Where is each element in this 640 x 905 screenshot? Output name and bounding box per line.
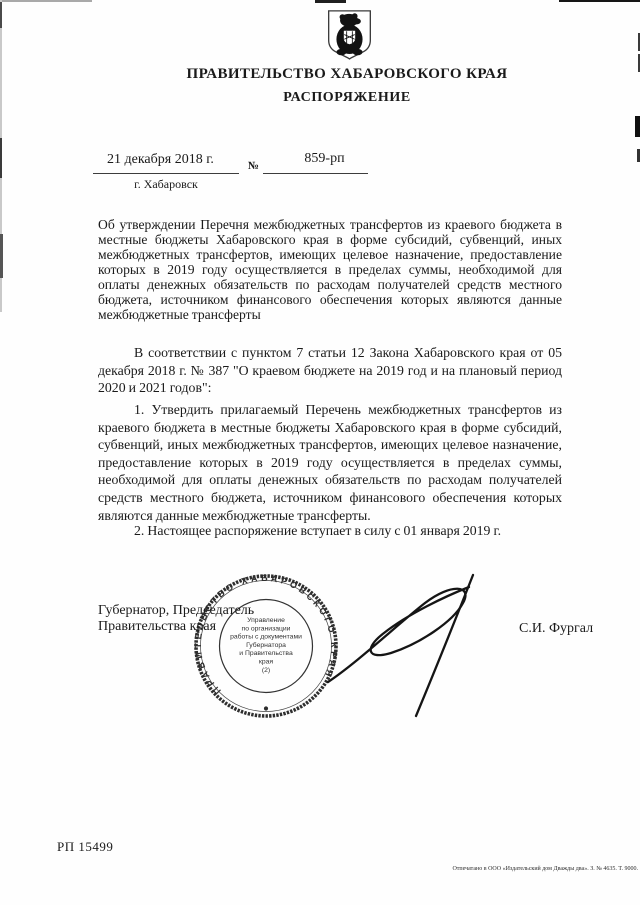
document-page: ПРАВИТЕЛЬСТВО ХАБАРОВСКОГО КРАЯ РАСПОРЯЖ… — [0, 0, 640, 905]
scan-artifact — [559, 0, 640, 2]
number-label: № — [248, 160, 259, 172]
registration-number: РП 15499 — [57, 839, 113, 855]
document-number: 859-рп — [263, 151, 368, 167]
stamp-center-line: Губернатора — [246, 641, 286, 649]
handwritten-signature — [322, 570, 487, 720]
document-subject: Об утверждении Перечня межбюджетных тран… — [98, 217, 562, 322]
stamp-center-line: (2) — [262, 667, 270, 674]
number-underline — [263, 173, 368, 174]
stamp-center-line: Управление — [247, 617, 285, 624]
document-date: 21 декабря 2018 г. — [107, 152, 214, 168]
stamp-center-line: по организации — [242, 625, 291, 632]
org-name: ПРАВИТЕЛЬСТВО ХАБАРОВСКОГО КРАЯ — [55, 66, 639, 83]
scan-artifact — [0, 2, 2, 28]
stamp-ring-dot — [264, 706, 268, 710]
stamp-center-line: края — [259, 659, 274, 666]
coat-of-arms-icon — [323, 8, 376, 63]
scan-artifact — [0, 0, 92, 2]
body-paragraph: 1. Утвердить прилагаемый Перечень межбюд… — [98, 401, 562, 524]
body-paragraph: 2. Настоящее распоряжение вступает в сил… — [98, 522, 562, 540]
print-note: Отпечатано в ООО «Издательский дом Дважд… — [338, 866, 638, 872]
body-paragraph: В соответствии с пунктом 7 статьи 12 Зак… — [98, 344, 562, 397]
official-stamp: ПРАВИТЕЛЬСТВО ХАБАРОВСКОГО КРАЯ Управлен… — [192, 572, 340, 720]
scan-artifact — [0, 234, 3, 278]
document-place: г. Хабаровск — [93, 177, 239, 192]
scan-artifact — [315, 0, 346, 3]
document-type-title: РАСПОРЯЖЕНИЕ — [55, 90, 639, 106]
date-underline — [93, 173, 239, 174]
scan-artifact — [635, 116, 640, 137]
stamp-center-line: работы с документами — [230, 633, 302, 641]
signer-name: С.И. Фургал — [519, 621, 593, 637]
scan-artifact — [0, 138, 2, 178]
stamp-center-line: и Правительства — [239, 650, 293, 657]
